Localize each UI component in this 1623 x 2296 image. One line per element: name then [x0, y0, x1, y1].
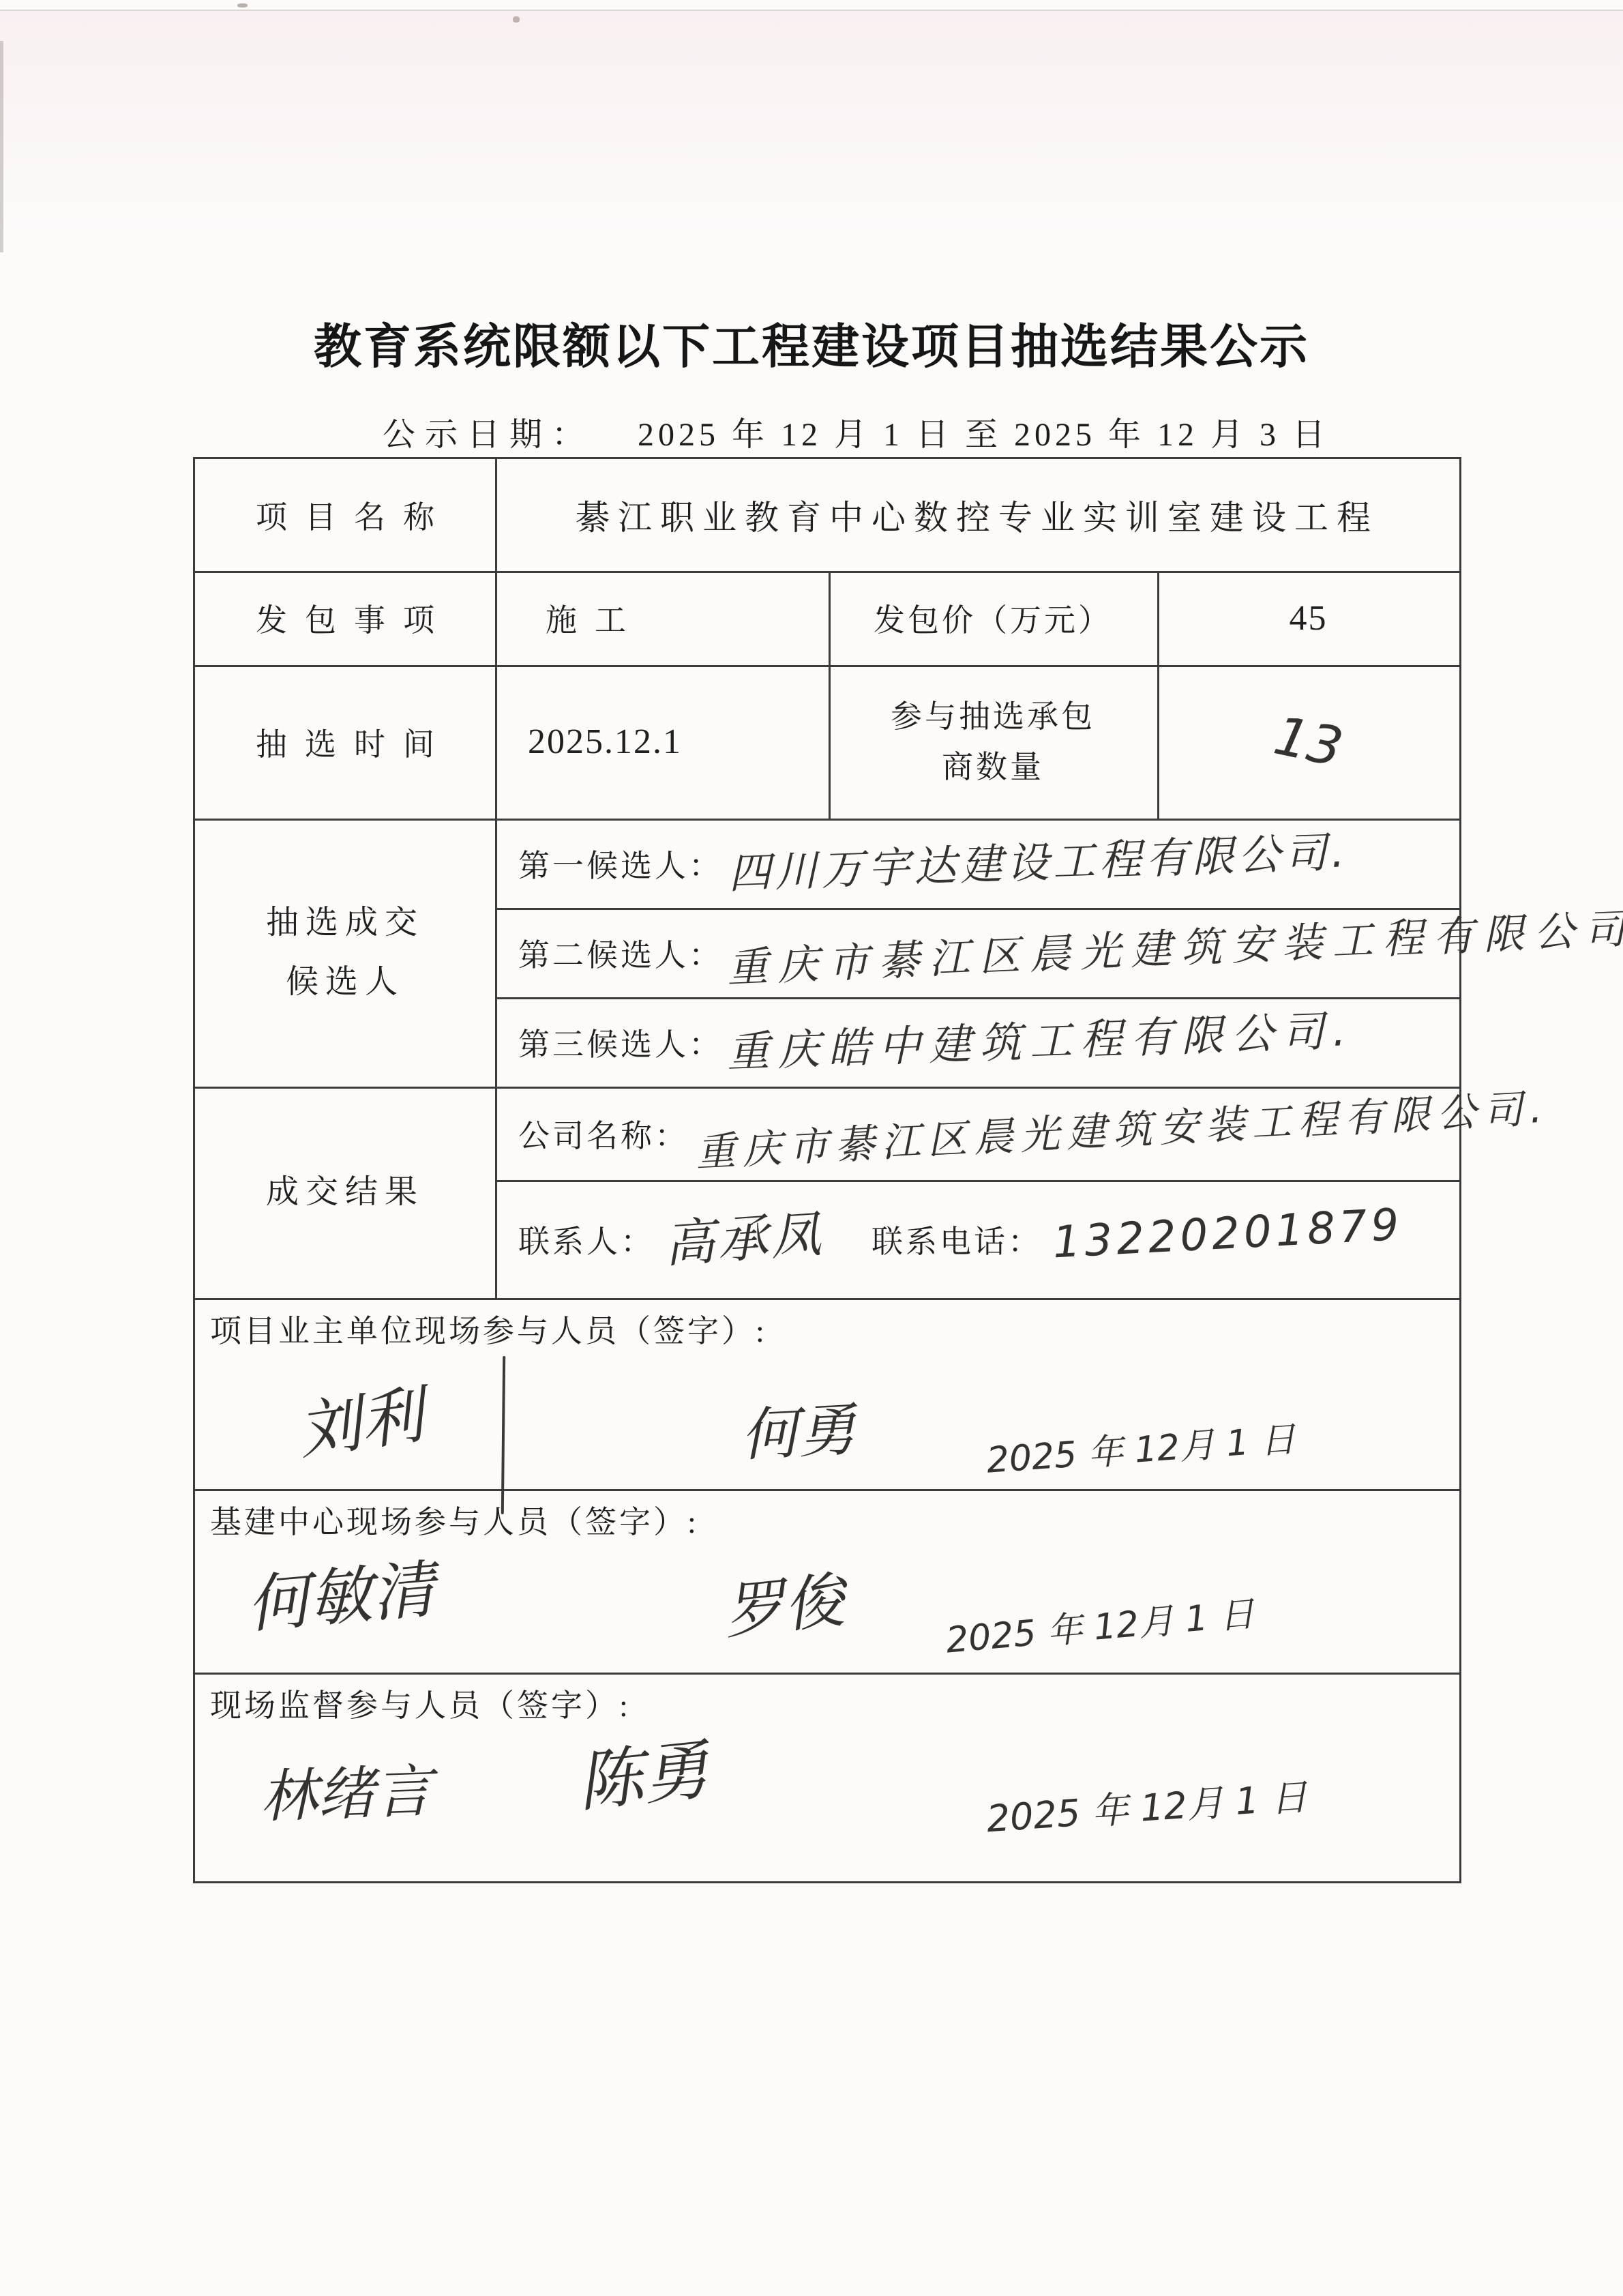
candidate-1-row: 第一候选人： 四川万宇达建设工程有限公司.: [495, 819, 1459, 908]
scan-speck-artifact: [237, 3, 248, 8]
contract-item-value: 施工: [528, 595, 644, 641]
contract-item-label: 发包事项: [238, 595, 452, 641]
candidate-3-row: 第三候选人： 重庆皓中建筑工程有限公司.: [495, 997, 1459, 1087]
document-title: 教育系统限额以下工程建设项目抽选结果公示: [0, 308, 1623, 377]
result-contact-handwritten-name: 高承凤: [661, 1193, 826, 1276]
infra-signature-2: 罗俊: [719, 1552, 848, 1651]
publish-date-value: 2025 年 12 月 1 日 至 2025 年 12 月 3 日: [638, 417, 1329, 453]
infra-signature-date: 2025 年 12月 1 日: [944, 1585, 1257, 1662]
draw-time-value-cell: 2025.12.1: [495, 665, 829, 819]
result-phone-handwritten-number: 13220201879: [1052, 1199, 1404, 1268]
candidate-2-handwritten-name: 重庆市綦江区晨光建筑安装工程有限公司.: [726, 895, 1623, 994]
result-table: 项目名称 綦江职业教育中心数控专业实训室建设工程 发包事项 施工 发包价（万元）…: [193, 457, 1461, 1883]
candidate-2-label: 第二候选人：: [518, 930, 723, 975]
project-name-value: 綦江职业教育中心数控专业实训室建设工程: [576, 490, 1379, 540]
publish-date-line: 公示日期： 2025 年 12 月 1 日 至 2025 年 12 月 3 日: [383, 408, 1329, 455]
table-grid-line: [195, 1673, 1459, 1675]
owner-signature-1: 刘利: [292, 1365, 429, 1471]
result-group-label-cell: 成交结果: [195, 1087, 495, 1298]
infra-signature-1: 何敏清: [243, 1539, 438, 1645]
scan-tint-artifact: [0, 11, 1623, 236]
contract-price-label-cell: 发包价（万元）: [829, 571, 1157, 665]
participants-count-handwritten: 13: [1269, 705, 1348, 779]
contract-item-value-cell: 施工: [495, 571, 829, 665]
contract-item-label-cell: 发包事项: [195, 571, 495, 665]
contract-price-value-cell: 45: [1157, 571, 1459, 665]
publish-date-label: 公示日期：: [383, 417, 594, 453]
result-contact-label: 联系人：: [518, 1217, 655, 1262]
project-name-label-cell: 项目名称: [195, 459, 495, 571]
draw-time-label: 抽选时间: [238, 720, 452, 765]
candidate-2-row: 第二候选人： 重庆市綦江区晨光建筑安装工程有限公司.: [495, 908, 1459, 997]
candidate-3-handwritten-name: 重庆皓中建筑工程有限公司.: [726, 997, 1355, 1079]
participants-label-cell: 参与抽选承包 商数量: [829, 665, 1157, 819]
participants-count-cell: 13: [1157, 665, 1459, 819]
project-name-value-cell: 綦江职业教育中心数控专业实训室建设工程: [495, 459, 1459, 571]
result-contact-row: 联系人： 高承凤 联系电话： 13220201879: [495, 1180, 1459, 1298]
candidate-1-handwritten-name: 四川万宇达建设工程有限公司.: [728, 818, 1350, 900]
supervision-signature-row-label: 现场监督参与人员（签字）:: [210, 1681, 631, 1726]
result-company-handwritten-name: 重庆市綦江区晨光建筑安装工程有限公司.: [694, 1076, 1550, 1177]
participants-label-line2: 商数量: [942, 742, 1044, 793]
result-company-label: 公司名称：: [518, 1111, 689, 1156]
draw-time-value: 2025.12.1: [528, 722, 682, 762]
owner-signature-2: 何勇: [739, 1384, 857, 1473]
supervision-signature-date: 2025 年 12月 1 日: [985, 1768, 1309, 1843]
supervision-signature-2: 陈勇: [572, 1718, 712, 1824]
candidates-group-label-line1: 抽选成交: [266, 894, 424, 952]
table-grid-line: [195, 1489, 1459, 1491]
scan-left-edge-artifact: [0, 41, 3, 252]
candidates-group-label-cell: 抽选成交 候选人: [195, 819, 495, 1087]
result-phone-label: 联系电话：: [872, 1217, 1042, 1262]
candidate-3-label: 第三候选人：: [518, 1020, 723, 1065]
participants-label-line1: 参与抽选承包: [891, 692, 1095, 742]
result-group-label: 成交结果: [266, 1163, 424, 1222]
scanned-document-page: 教育系统限额以下工程建设项目抽选结果公示 公示日期： 2025 年 12 月 1…: [0, 0, 1623, 2296]
scan-speck-artifact: [513, 16, 520, 23]
project-name-label: 项目名称: [238, 492, 452, 538]
table-grid-line: [195, 1298, 1459, 1300]
owner-signature-row-label: 项目业主单位现场参与人员（签字）:: [210, 1306, 767, 1351]
contract-price-label: 发包价（万元）: [874, 595, 1112, 641]
owner-signature-date: 2025 年 12月 1 日: [985, 1410, 1297, 1482]
result-company-row: 公司名称： 重庆市綦江区晨光建筑安装工程有限公司.: [495, 1087, 1459, 1180]
supervision-signature-1: 林绪言: [258, 1746, 433, 1834]
contract-price-value: 45: [1290, 598, 1328, 638]
draw-time-label-cell: 抽选时间: [195, 665, 495, 819]
candidate-1-label: 第一候选人：: [518, 841, 723, 886]
infra-center-signature-row-label: 基建中心现场参与人员（签字）:: [210, 1497, 699, 1542]
candidates-group-label-line2: 候选人: [286, 953, 404, 1012]
